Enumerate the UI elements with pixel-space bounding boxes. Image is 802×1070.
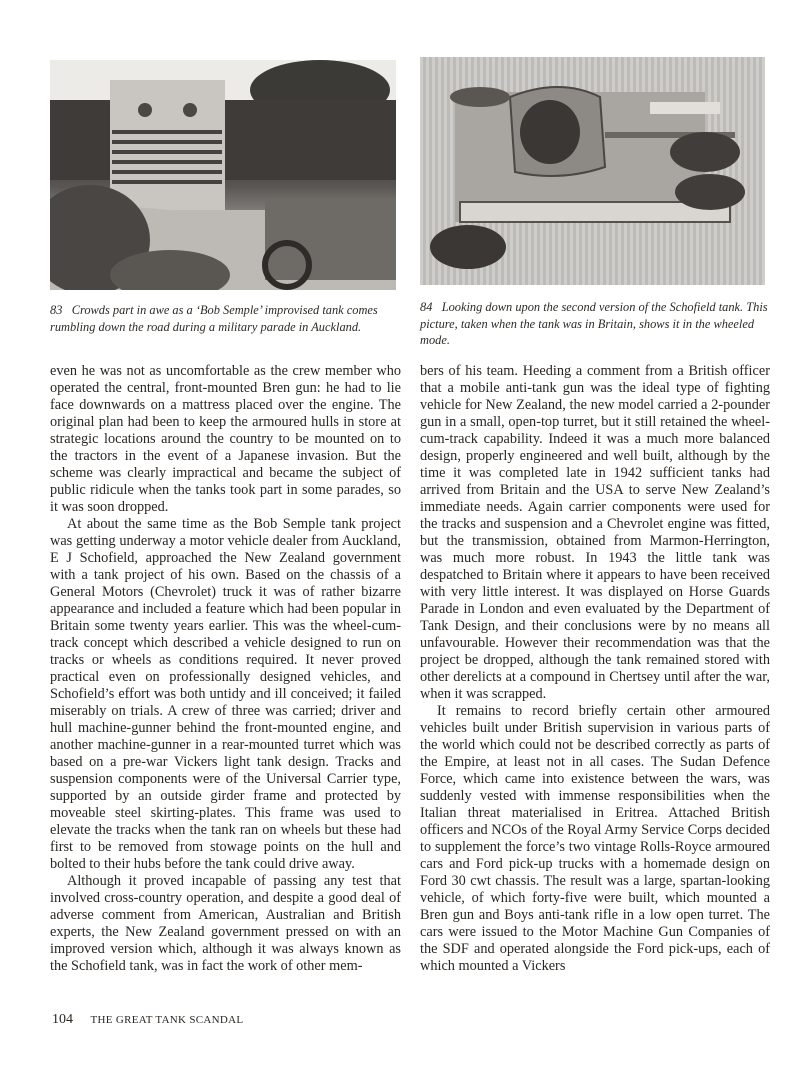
page-footer: 104 THE GREAT TANK SCANDAL xyxy=(52,1012,243,1028)
running-title: THE GREAT TANK SCANDAL xyxy=(91,1014,244,1026)
paragraph: even he was not as uncomfortable as the … xyxy=(50,363,401,516)
paragraph: Although it proved incapable of passing … xyxy=(50,873,401,975)
paragraph: It remains to record briefly certain oth… xyxy=(420,703,770,975)
page-number: 104 xyxy=(52,1012,73,1027)
figure-caption-text: Looking down upon the second version of … xyxy=(420,300,768,347)
figure-caption-83: 83 Crowds part in awe as a ‘Bob Semple’ … xyxy=(50,302,400,335)
figure-caption-text: Crowds part in awe as a ‘Bob Semple’ imp… xyxy=(50,303,378,334)
paragraph: bers of his team. Heeding a comment from… xyxy=(420,363,770,703)
figure-caption-84: 84 Looking down upon the second version … xyxy=(420,299,770,349)
figure-number: 83 xyxy=(50,303,62,317)
photo-schofield-tank-overhead xyxy=(420,57,765,285)
photo-bob-semple-tank-parade xyxy=(50,60,396,290)
text-column-left: even he was not as uncomfortable as the … xyxy=(50,363,401,975)
photo-illustration xyxy=(420,57,765,285)
figure-number: 84 xyxy=(420,300,432,314)
paragraph: At about the same time as the Bob Semple… xyxy=(50,516,401,873)
photo-illustration xyxy=(50,60,396,290)
text-column-right: bers of his team. Heeding a comment from… xyxy=(420,363,770,975)
